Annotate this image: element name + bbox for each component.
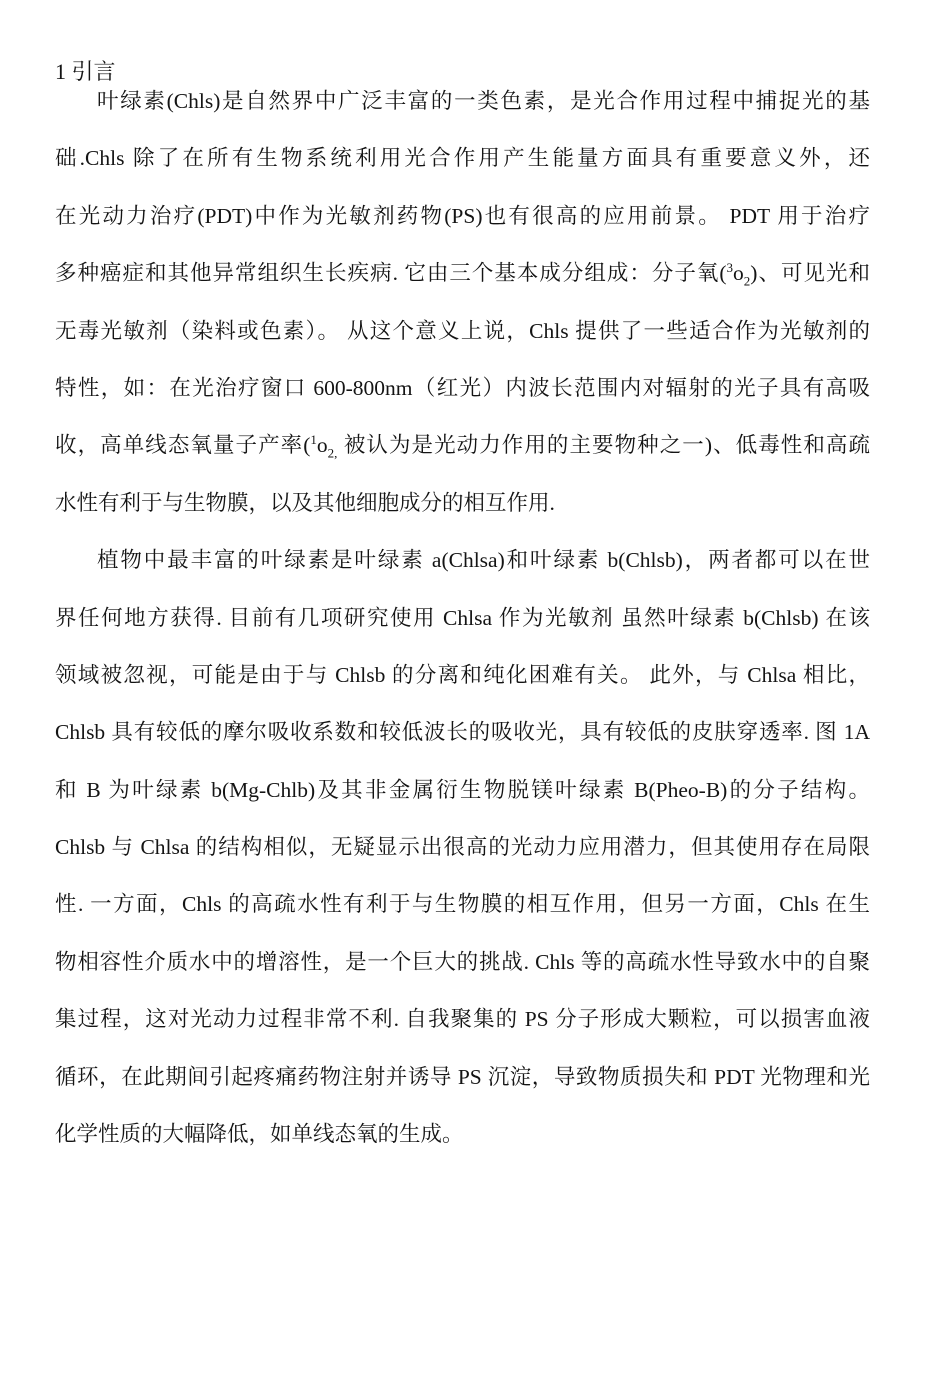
text-line: 多种癌症和其他异常组织生长疾病. 它由三个基本成分组成：分子氧(3o2)、可见光…: [55, 260, 870, 317]
text-line: 础.Chls 除了在所有生物系统利用光合作用产生能量方面具有重要意义外，还: [55, 145, 870, 202]
text-line: 水性有利于与生物膜，以及其他细胞成分的相互作用.: [55, 490, 870, 547]
text-segment: o: [733, 261, 744, 285]
text-line: 物相容性介质水中的增溶性，是一个巨大的挑战. Chls 等的高疏水性导致水中的自…: [55, 949, 870, 1006]
document-body: 叶绿素(Chls)是自然界中广泛丰富的一类色素，是光合作用过程中捕捉光的基础.C…: [55, 88, 870, 1178]
section-heading: 1 引言: [55, 59, 116, 85]
text-segment: 多种癌症和其他异常组织生长疾病. 它由三个基本成分组成：分子氧(: [55, 261, 727, 285]
text-segment: 物相容性介质水中的增溶性，是一个巨大的挑战. Chls 等的高疏水性导致水中的自…: [55, 950, 870, 974]
text-segment: Chlsb 与 Chlsa 的结构相似，无疑显示出很高的光动力应用潜力，但其使用…: [55, 835, 870, 859]
text-segment: 性. 一方面，Chls 的高疏水性有利于与生物膜的相互作用，但另一方面，Chls…: [55, 892, 870, 916]
text-line: Chlsb 与 Chlsa 的结构相似，无疑显示出很高的光动力应用潜力，但其使用…: [55, 834, 870, 891]
text-segment: 领域被忽视，可能是由于与 Chlsb 的分离和纯化困难有关。 此外，与 Chls…: [55, 663, 870, 687]
text-line: 特性，如：在光治疗窗口 600-800nm（红光）内波长范围内对辐射的光子具有高…: [55, 375, 870, 432]
text-segment: 集过程，这对光动力过程非常不利. 自我聚集的 PS 分子形成大颗粒，可以损害血液: [55, 1007, 870, 1031]
text-line: 集过程，这对光动力过程非常不利. 自我聚集的 PS 分子形成大颗粒，可以损害血液: [55, 1006, 870, 1063]
text-line: 和 B 为叶绿素 b(Mg-Chlb)及其非金属衍生物脱镁叶绿素 B(Pheo-…: [55, 777, 870, 834]
text-line: 无毒光敏剂（染料或色素）。 从这个意义上说，Chls 提供了一些适合作为光敏剂的: [55, 318, 870, 375]
text-segment: 被认为是光动力作用的主要物种之一)、低毒性和高疏: [337, 433, 870, 457]
text-segment: 循环，在此期间引起疼痛药物注射并诱导 PS 沉淀，导致物质损失和 PDT 光物理…: [55, 1065, 870, 1089]
text-line: 性. 一方面，Chls 的高疏水性有利于与生物膜的相互作用，但另一方面，Chls…: [55, 891, 870, 948]
sub-text: 2,: [328, 446, 338, 461]
text-segment: 植物中最丰富的叶绿素是叶绿素 a(Chlsa)和叶绿素 b(Chlsb)，两者都…: [97, 548, 870, 572]
text-segment: )、可见光和: [750, 261, 870, 285]
text-segment: 叶绿素(Chls)是自然界中广泛丰富的一类色素，是光合作用过程中捕捉光的基: [97, 89, 870, 113]
document-page: 1 引言 叶绿素(Chls)是自然界中广泛丰富的一类色素，是光合作用过程中捕捉光…: [0, 0, 925, 1382]
text-line: 植物中最丰富的叶绿素是叶绿素 a(Chlsa)和叶绿素 b(Chlsb)，两者都…: [55, 547, 870, 604]
text-segment: 和 B 为叶绿素 b(Mg-Chlb)及其非金属衍生物脱镁叶绿素 B(Pheo-…: [55, 778, 870, 802]
text-segment: 化学性质的大幅降低，如单线态氧的生成。: [55, 1122, 464, 1146]
text-line: Chlsb 具有较低的摩尔吸收系数和较低波长的吸收光，具有较低的皮肤穿透率. 图…: [55, 719, 870, 776]
text-line: 循环，在此期间引起疼痛药物注射并诱导 PS 沉淀，导致物质损失和 PDT 光物理…: [55, 1064, 870, 1121]
text-segment: 收，高单线态氧量子产率(: [55, 433, 310, 457]
text-segment: 无毒光敏剂（染料或色素）。 从这个意义上说，Chls 提供了一些适合作为光敏剂的: [55, 319, 870, 343]
text-segment: o: [317, 433, 328, 457]
text-segment: 界任何地方获得. 目前有几项研究使用 Chlsa 作为光敏剂 虽然叶绿素 b(C…: [55, 606, 870, 630]
text-segment: 水性有利于与生物膜，以及其他细胞成分的相互作用.: [55, 491, 555, 515]
text-line: 收，高单线态氧量子产率(1o2, 被认为是光动力作用的主要物种之一)、低毒性和高…: [55, 432, 870, 489]
text-line: 领域被忽视，可能是由于与 Chlsb 的分离和纯化困难有关。 此外，与 Chls…: [55, 662, 870, 719]
text-segment: 在光动力治疗(PDT)中作为光敏剂药物(PS)也有很高的应用前景。 PDT 用于…: [55, 204, 870, 228]
text-line: 叶绿素(Chls)是自然界中广泛丰富的一类色素，是光合作用过程中捕捉光的基: [55, 88, 870, 145]
text-line: 在光动力治疗(PDT)中作为光敏剂药物(PS)也有很高的应用前景。 PDT 用于…: [55, 203, 870, 260]
text-segment: Chlsb 具有较低的摩尔吸收系数和较低波长的吸收光，具有较低的皮肤穿透率. 图…: [55, 720, 870, 744]
text-segment: 特性，如：在光治疗窗口 600-800nm（红光）内波长范围内对辐射的光子具有高…: [55, 376, 870, 400]
text-segment: 础.Chls 除了在所有生物系统利用光合作用产生能量方面具有重要意义外，还: [55, 146, 870, 170]
text-line: 化学性质的大幅降低，如单线态氧的生成。: [55, 1121, 870, 1178]
text-line: 界任何地方获得. 目前有几项研究使用 Chlsa 作为光敏剂 虽然叶绿素 b(C…: [55, 605, 870, 662]
